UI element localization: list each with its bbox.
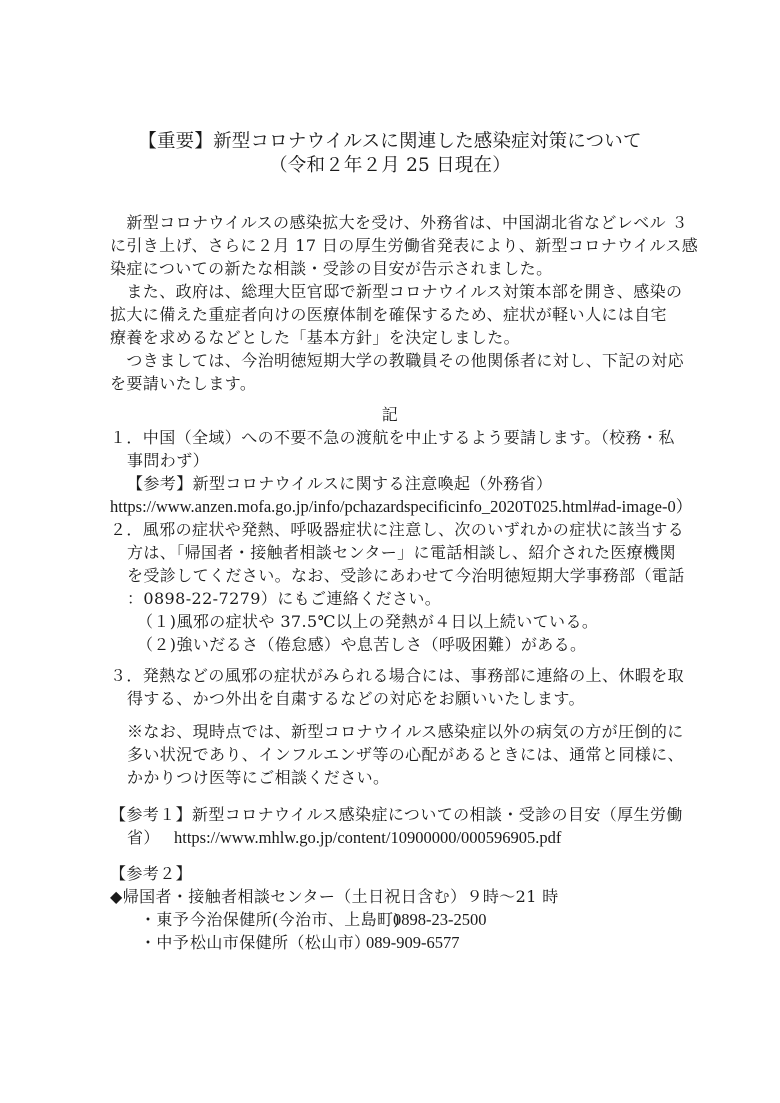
contact-region: ・東予 bbox=[140, 910, 189, 930]
intro-line: に引き上げ、さらに２月 17 日の厚生労働省発表により、新型コロナウイルス感 bbox=[110, 236, 698, 256]
ki-heading: 記 bbox=[0, 405, 780, 425]
contact-region: ・中予 bbox=[140, 933, 189, 953]
item-2-line: を受診してください。なお、受診にあわせて今治明徳短期大学事務部（電話 bbox=[127, 566, 685, 586]
note-line: ※なお、現時点では、新型コロナウイルス感染症以外の病気の方が圧倒的に bbox=[127, 722, 684, 742]
note-line: 多い状況であり、インフルエンザ等の心配があるときには、通常と同様に、 bbox=[127, 745, 684, 765]
item-1-reference: 【参考】新型コロナウイルスに関する注意喚起（外務省） bbox=[127, 474, 552, 494]
mhlw-url-link[interactable]: https://www.mhlw.go.jp/content/10900000/… bbox=[174, 828, 561, 848]
item-2-line: 方は、「帰国者・接触者相談センター」に電話相談し、紹介された医療機関 bbox=[127, 543, 676, 563]
contact-phone: 0898-23-2500 bbox=[393, 910, 487, 930]
contact-office: 今治保健所(今治市、上島町) bbox=[190, 910, 400, 930]
condition-2: （２)強いだるさ（倦怠感）や息苦しさ（呼吸困難）がある。 bbox=[137, 635, 586, 655]
reference-2-heading: 【参考２】 bbox=[110, 864, 192, 884]
document-page: 【重要】新型コロナウイルスに関連した感染症対策について （令和２年２月 25 日… bbox=[0, 0, 780, 1103]
note-line: かかりつけ医等にご相談ください。 bbox=[127, 768, 389, 788]
page-subtitle-date: （令和２年２月 25 日現在） bbox=[0, 156, 780, 176]
intro-line: 新型コロナウイルスの感染拡大を受け、外務省は、中国湖北省などレベル ３ bbox=[110, 213, 688, 233]
intro-line: 療養を求めるなどとした「基本方針」を決定しました。 bbox=[110, 328, 520, 348]
page-title: 【重要】新型コロナウイルスに関連した感染症対策について bbox=[0, 132, 780, 152]
contact-phone: 089-909-6577 bbox=[366, 933, 460, 953]
reference-1-line: 【参考１】新型コロナウイルス感染症についての相談・受診の目安（厚生労働 bbox=[110, 805, 683, 825]
mofa-url-link[interactable]: https://www.anzen.mofa.go.jp/info/pchaza… bbox=[110, 497, 692, 517]
contact-office: 松山市保健所（松山市） bbox=[190, 933, 370, 953]
intro-line: つきましては、今治明徳短期大学の教職員その他関係者に対し、下記の対応 bbox=[110, 351, 684, 371]
item-1-line: １．中国（全域）への不要不急の渡航を中止するよう要請します。（校務・私 bbox=[110, 428, 675, 448]
item-3-line: 得する、かつ外出を自粛するなどの対応をお願いいたします。 bbox=[127, 689, 585, 709]
item-2-line: ：0898-22-7279）にもご連絡ください。 bbox=[127, 589, 441, 609]
item-1-line: 事問わず） bbox=[127, 451, 209, 471]
condition-1: （１)風邪の症状や 37.5℃以上の発熱が４日以上続いている。 bbox=[137, 612, 598, 632]
intro-line: 染症についての新たな相談・受診の目安が告示されました。 bbox=[110, 259, 552, 279]
intro-line: 拡大に備えた重症者向けの医療体制を確保するため、症状が軽い人には自宅 bbox=[110, 305, 667, 325]
intro-line: また、政府は、総理大臣官邸で新型コロナウイルス対策本部を開き、感染の bbox=[110, 282, 682, 302]
intro-line: を要請いたします。 bbox=[110, 374, 256, 394]
item-2-line: ２．風邪の症状や発熱、呼吸器症状に注意し、次のいずれかの症状に該当する bbox=[110, 520, 684, 540]
item-3-line: ３．発熱などの風邪の症状がみられる場合には、事務部に連絡の上、休暇を取 bbox=[110, 666, 684, 686]
reference-1-line-prefix: 省） bbox=[127, 828, 160, 848]
consultation-center-line: ◆帰国者・接触者相談センター（土日祝日含む）９時～21 時 bbox=[110, 887, 559, 907]
